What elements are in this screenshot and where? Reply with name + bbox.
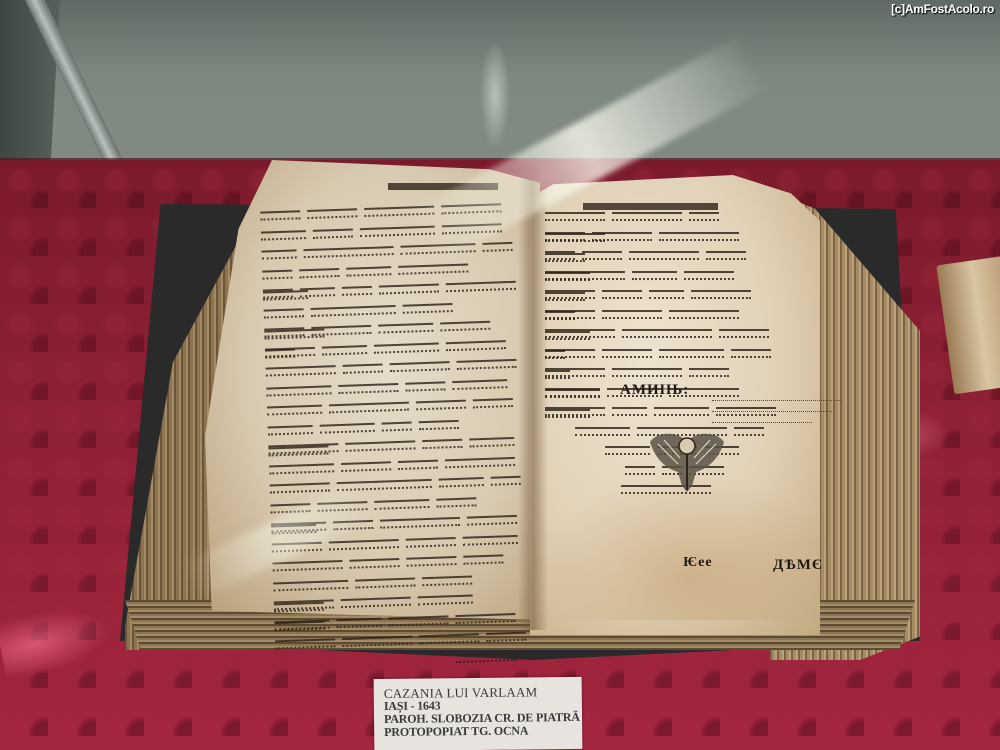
handwritten-marginal-note [712,392,847,433]
left-page-text-block [260,196,536,673]
winged-angel-ornament-icon [648,428,726,493]
label-deanery: PROTOPOPIAT TG. OCNA [384,724,582,739]
page-signature-mark: Ѥее [683,555,713,571]
museum-exhibit-label: CAZANIA LUI VARLAAM IAȘI - 1643 PAROH. S… [374,677,583,750]
closing-word-amin: АМИНЬ: [620,382,689,399]
open-book: АМИНЬ: Ѥее ДѢМЄ [0,0,1000,750]
watermark: [c]AmFostAcolo.ro [891,2,994,16]
catchword: ДѢМЄ [773,557,823,574]
photo-scene: АМИНЬ: Ѥее ДѢМЄ CAZANIA LUI VARLAAM IAȘI… [0,0,1000,750]
